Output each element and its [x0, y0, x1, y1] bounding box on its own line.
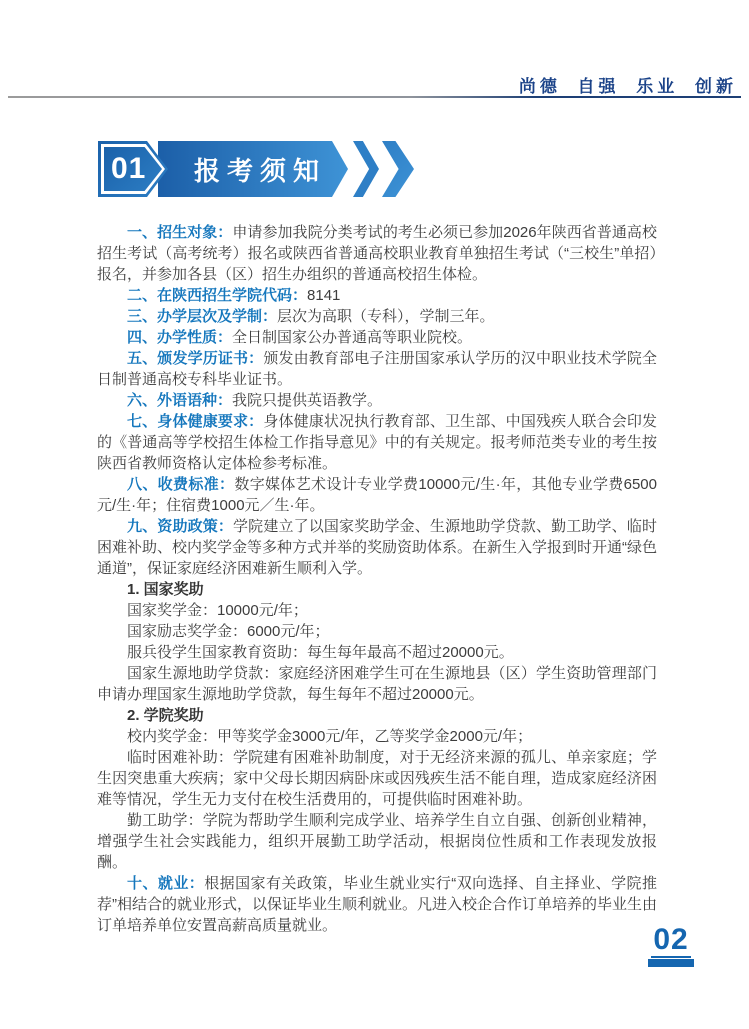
section-label: 十、就业：: [127, 875, 204, 892]
subsection-item: 临时困难补助：学院建有困难补助制度，对于无经济来源的孤儿、单亲家庭；学生因突患重…: [97, 747, 657, 810]
section-label: 二、在陕西招生学院代码：: [127, 287, 307, 304]
header-divider: [8, 96, 741, 98]
arrowhead-right-icon: [382, 141, 414, 197]
section-paragraph: 十、就业：根据国家有关政策，毕业生就业实行“双向选择、自主择业、学院推荐”相结合…: [97, 873, 657, 936]
section-label: 四、办学性质：: [127, 329, 232, 346]
section-paragraph: 二、在陕西招生学院代码：8141: [97, 285, 657, 306]
subsection-heading: 2. 学院奖助: [97, 705, 657, 726]
section-number-badge: 01: [98, 141, 168, 197]
subsection-item: 勤工助学：学院为帮助学生顺利完成学业、培养学生自立自强、创新创业精神，增强学生社…: [97, 810, 657, 873]
section-label: 八、收费标准：: [127, 476, 234, 493]
section-paragraph: 七、身体健康要求：身体健康状况执行教育部、卫生部、中国残疾人联合会印发的《普通高…: [97, 411, 657, 474]
page-number-underline: [648, 959, 694, 967]
subsection-item: 国家励志奖学金：6000元/年；: [97, 621, 657, 642]
section-label: 五、颁发学历证书：: [127, 350, 263, 367]
section-label: 九、资助政策：: [127, 518, 233, 535]
section-text: 8141: [307, 287, 340, 304]
section-paragraph: 一、招生对象：申请参加我院分类考试的考生必须已参加2026年陕西省普通高校招生考…: [97, 222, 657, 285]
section-paragraph: 八、收费标准：数字媒体艺术设计专业学费10000元/生·年，其他专业学费6500…: [97, 474, 657, 516]
section-label: 七、身体健康要求：: [127, 413, 263, 430]
section-title: 报考须知: [180, 151, 326, 188]
chevron-right-icon: [353, 141, 379, 197]
subsection-heading: 1. 国家奖助: [97, 579, 657, 600]
section-label: 六、外语语种：: [127, 392, 232, 409]
brochure-page: 尚德 自强 乐业 创新 01 报考须知 一、招生对象：申请参加我院分类考试的考生…: [0, 0, 749, 1029]
section-paragraph: 五、颁发学历证书：颁发由教育部电子注册国家承认学历的汉中职业技术学院全日制普通高…: [97, 348, 657, 390]
subsection-item: 国家生源地助学贷款：家庭经济困难学生可在生源地县（区）学生资助管理部门申请办理国…: [97, 663, 657, 705]
notice-content: 一、招生对象：申请参加我院分类考试的考生必须已参加2026年陕西省普通高校招生考…: [97, 222, 657, 936]
section-paragraph: 九、资助政策：学院建立了以国家奖助学金、生源地助学贷款、勤工助学、临时困难补助、…: [97, 516, 657, 579]
section-banner: 01 报考须知: [98, 141, 398, 197]
page-number: 02: [651, 925, 690, 958]
section-paragraph: 六、外语语种：我院只提供英语教学。: [97, 390, 657, 411]
section-number: 01: [104, 152, 146, 186]
section-label: 三、办学层次及学制：: [127, 308, 277, 325]
subsection-item: 国家奖学金：10000元/年；: [97, 600, 657, 621]
school-motto: 尚德 自强 乐业 创新: [519, 72, 737, 97]
section-title-bar: 报考须知: [158, 141, 348, 197]
section-paragraph: 四、办学性质：全日制国家公办普通高等职业院校。: [97, 327, 657, 348]
section-label: 一、招生对象：: [127, 224, 232, 241]
section-paragraph: 三、办学层次及学制：层次为高职（专科），学制三年。: [97, 306, 657, 327]
section-text: 我院只提供英语教学。: [232, 392, 382, 409]
section-text: 层次为高职（专科），学制三年。: [277, 308, 495, 325]
page-footer: 02: [641, 925, 701, 967]
badge-fill: 01: [104, 147, 162, 191]
subsection-item: 服兵役学生国家教育资助：每生每年最高不超过20000元。: [97, 642, 657, 663]
section-text: 全日制国家公办普通高等职业院校。: [232, 329, 472, 346]
subsection-item: 校内奖学金：甲等奖学金3000元/年，乙等奖学金2000元/年；: [97, 726, 657, 747]
